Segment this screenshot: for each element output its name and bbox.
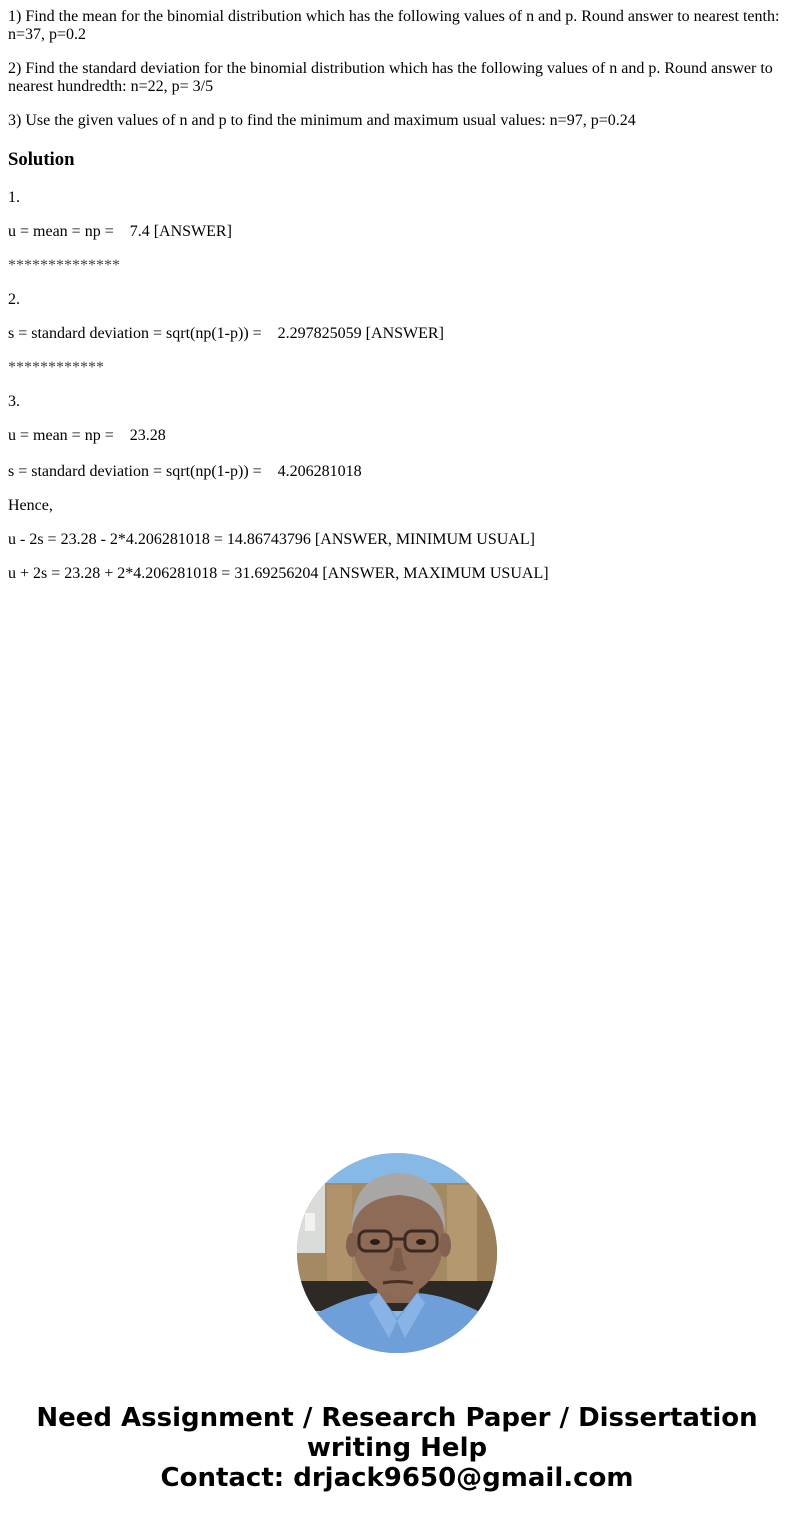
separator: ************ [8,359,104,377]
promo-headline: Need Assignment / Research Paper / Disse… [0,1403,794,1433]
solution-part-2-label: 2. [8,291,20,309]
promo-banner: Need Assignment / Research Paper / Disse… [0,1403,794,1493]
solution-part-3-mean: u = mean = np = 23.28 [8,427,166,445]
solution-part-3-sd: s = standard deviation = sqrt(np(1-p)) =… [8,463,362,481]
solution-sd-answer: s = standard deviation = sqrt(np(1-p)) =… [8,325,444,343]
promo-contact: Contact: drjack9650@gmail.com [0,1463,794,1493]
solution-maximum-usual: u + 2s = 23.28 + 2*4.206281018 = 31.6925… [8,565,549,583]
solution-part-3-label: 3. [8,393,20,411]
author-avatar [297,1153,497,1353]
question-3: 3) Use the given values of n and p to fi… [8,112,636,130]
question-2: 2) Find the standard deviation for the b… [8,60,788,96]
solution-hence: Hence, [8,497,53,515]
solution-mean-answer: u = mean = np = 7.4 [ANSWER] [8,223,232,241]
solution-minimum-usual: u - 2s = 23.28 - 2*4.206281018 = 14.8674… [8,531,535,549]
solution-heading: Solution [8,149,74,171]
solution-part-1-label: 1. [8,189,20,207]
person-portrait-icon [297,1153,497,1353]
separator: ************** [8,257,120,275]
promo-subline: writing Help [0,1433,794,1463]
question-1: 1) Find the mean for the binomial distri… [8,8,788,44]
